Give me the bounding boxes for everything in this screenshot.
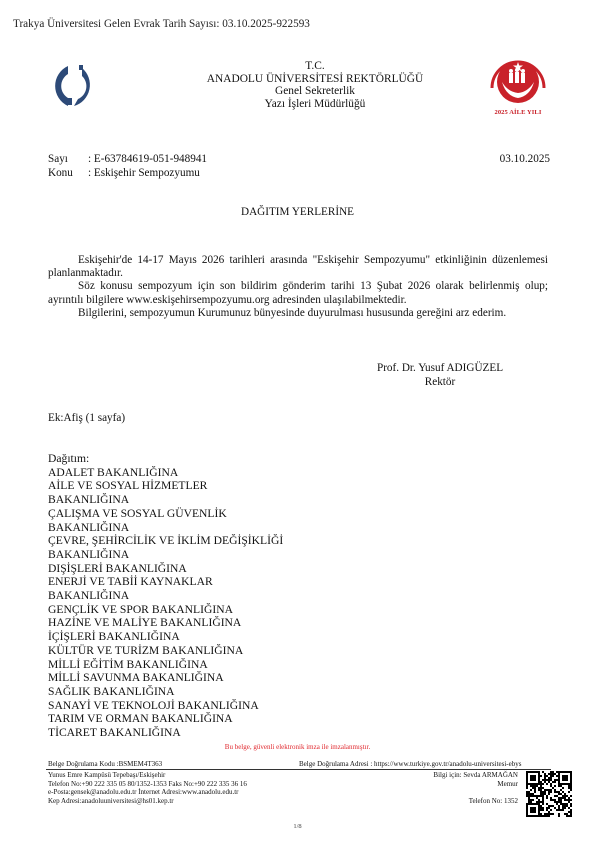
subject-label: Konu (48, 167, 88, 181)
university-emblem-icon (48, 60, 100, 112)
institution-contact: Yunus Emre Kampüsü Tepebaşı/Eskişehir Te… (48, 771, 247, 805)
footer-divider (46, 769, 551, 770)
signatory-title: Rektör (340, 376, 540, 390)
family-year-caption: 2025 AİLE YILI (482, 109, 554, 116)
anadolu-university-logo (48, 60, 100, 112)
distribution-item: GENÇLİK VE SPOR BAKANLIĞINA (48, 603, 283, 617)
qr-code-icon (526, 771, 572, 817)
info-person: Bilgi için: Sevda ARMAĞAN (380, 771, 518, 780)
distribution-item: KÜLTÜR VE TURİZM BAKANLIĞINA (48, 644, 283, 658)
distribution-item: BAKANLIĞINA (48, 521, 283, 535)
header-office: Yazı İşleri Müdürlüğü (150, 98, 480, 111)
header-university: ANADOLU ÜNİVERSİTESİ REKTÖRLÜĞÜ (150, 73, 480, 86)
number-value: : E-63784619-051-948941 (88, 153, 207, 167)
addressee-title: DAĞITIM YERLERİNE (0, 206, 595, 218)
verification-code: Belge Doğrulama Kodu :BSMEM4T363 (48, 760, 162, 768)
header-tc: T.C. (150, 60, 480, 73)
info-phone: Telefon No: 1352 (380, 797, 518, 806)
attachment-note: Ek:Afiş (1 sayfa) (48, 412, 125, 424)
distribution-item: MİLLİ EĞİTİM BAKANLIĞINA (48, 658, 283, 672)
signature-block: Prof. Dr. Yusuf ADIGÜZEL Rektör (340, 362, 540, 389)
document-meta: Sayı : E-63784619-051-948941 Konu : Eski… (48, 153, 207, 180)
page-number: 1/8 (0, 823, 595, 830)
body-paragraph-1: Eskişehir'de 14-17 Mayıs 2026 tarihleri … (48, 254, 548, 280)
incoming-document-stamp: Trakya Üniversitesi Gelen Evrak Tarih Sa… (13, 18, 310, 30)
info-contact: Bilgi için: Sevda ARMAĞAN Memur Telefon … (380, 771, 518, 806)
contact-address: Yunus Emre Kampüsü Tepebaşı/Eskişehir (48, 771, 247, 780)
distribution-item: DIŞİŞLERİ BAKANLIĞINA (48, 562, 283, 576)
verification-address[interactable]: Belge Doğrulama Adresi : https://www.tur… (299, 760, 521, 768)
body-paragraph-3: Bilgilerini, sempozyumun Kurumunuz bünye… (48, 307, 548, 320)
distribution-item: SAĞLIK BAKANLIĞINA (48, 685, 283, 699)
family-year-logo: 2025 AİLE YILI (482, 52, 554, 120)
distribution-item: ÇEVRE, ŞEHİRCİLİK VE İKLİM DEĞİŞİKLİĞİ (48, 534, 283, 548)
meta-number-row: Sayı : E-63784619-051-948941 (48, 153, 207, 167)
number-label: Sayı (48, 153, 88, 167)
distribution-item: ÇALIŞMA VE SOSYAL GÜVENLİK (48, 507, 283, 521)
distribution-item: AİLE VE SOSYAL HİZMETLER (48, 479, 283, 493)
distribution-item: İÇİŞLERİ BAKANLIĞINA (48, 630, 283, 644)
family-year-emblem-icon (482, 52, 554, 108)
contact-email-web[interactable]: e-Posta:gensek@anadolu.edu.tr İnternet A… (48, 788, 247, 797)
distribution-list: Dağıtım: ADALET BAKANLIĞINAAİLE VE SOSYA… (48, 452, 283, 740)
distribution-label: Dağıtım: (48, 452, 283, 466)
letter-body: Eskişehir'de 14-17 Mayıs 2026 tarihleri … (48, 254, 548, 320)
header-department: Genel Sekreterlik (150, 85, 480, 98)
distribution-item: TİCARET BAKANLIĞINA (48, 726, 283, 740)
letterhead: T.C. ANADOLU ÜNİVERSİTESİ REKTÖRLÜĞÜ Gen… (150, 60, 480, 110)
subject-value: : Eskişehir Sempozyumu (88, 167, 200, 181)
meta-subject-row: Konu : Eskişehir Sempozyumu (48, 167, 207, 181)
distribution-item: BAKANLIĞINA (48, 493, 283, 507)
distribution-item: MİLLİ SAVUNMA BAKANLIĞINA (48, 671, 283, 685)
esignature-notice: Bu belge, güvenli elektronik imza ile im… (0, 743, 595, 751)
distribution-item: TARIM VE ORMAN BAKANLIĞINA (48, 712, 283, 726)
distribution-item: BAKANLIĞINA (48, 589, 283, 603)
distribution-item: ADALET BAKANLIĞINA (48, 466, 283, 480)
info-role: Memur (380, 780, 518, 789)
contact-kep: Kep Adresi:anadoluuniversitesi@hs01.kep.… (48, 797, 247, 806)
body-paragraph-2: Söz konusu sempozyum için son bildirim g… (48, 280, 548, 306)
distribution-item: ENERJİ VE TABİİ KAYNAKLAR (48, 575, 283, 589)
distribution-item: SANAYİ VE TEKNOLOJİ BAKANLIĞINA (48, 699, 283, 713)
distribution-item: HAZİNE VE MALİYE BAKANLIĞINA (48, 616, 283, 630)
distribution-item: BAKANLIĞINA (48, 548, 283, 562)
signatory-name: Prof. Dr. Yusuf ADIGÜZEL (340, 362, 540, 376)
contact-phone-fax: Telefon No:+90 222 335 05 80/1352-1353 F… (48, 780, 247, 789)
document-date: 03.10.2025 (500, 153, 550, 165)
